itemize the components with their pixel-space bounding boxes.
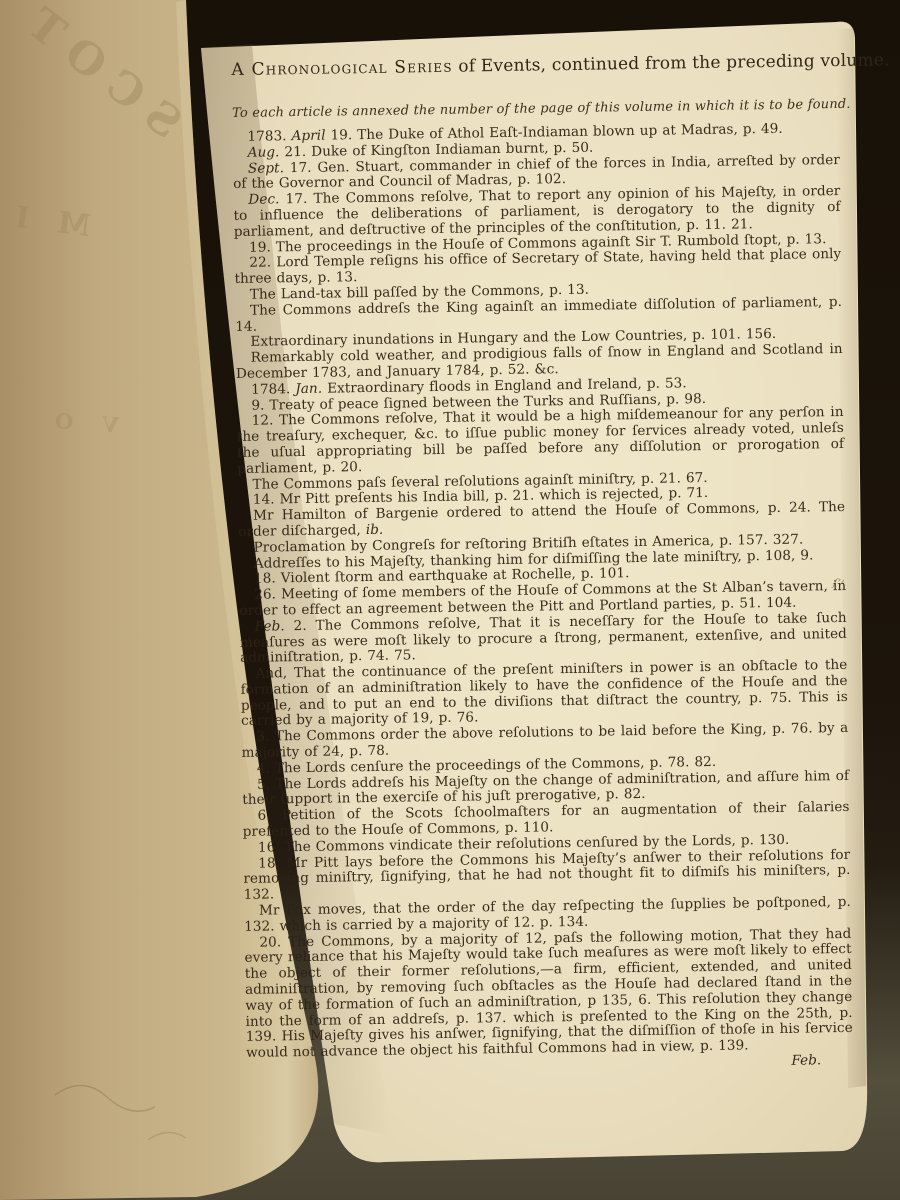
index-entries: 1783. April 19. The Duke of Athol Eaſt-I…	[232, 121, 853, 1062]
page-subtitle: To each article is annexed the number of…	[232, 97, 839, 122]
index-entry: And, That the continuance of the preſent…	[240, 658, 848, 730]
header-rest: of Events, continued from the preceding …	[453, 50, 890, 76]
index-entry: 12. The Commons reſolve, That it would b…	[237, 405, 845, 477]
header-smallcaps: A Chronological Series	[231, 57, 453, 80]
index-entry: 20. The Commons, by a majority of 12, pa…	[244, 927, 853, 1062]
page-header: A Chronological Series of Events, contin…	[231, 51, 838, 80]
book-photograph: SCOT M I V O ſ’’ A Chronological Series …	[0, 0, 900, 1200]
printed-page: A Chronological Series of Events, contin…	[231, 31, 853, 1078]
